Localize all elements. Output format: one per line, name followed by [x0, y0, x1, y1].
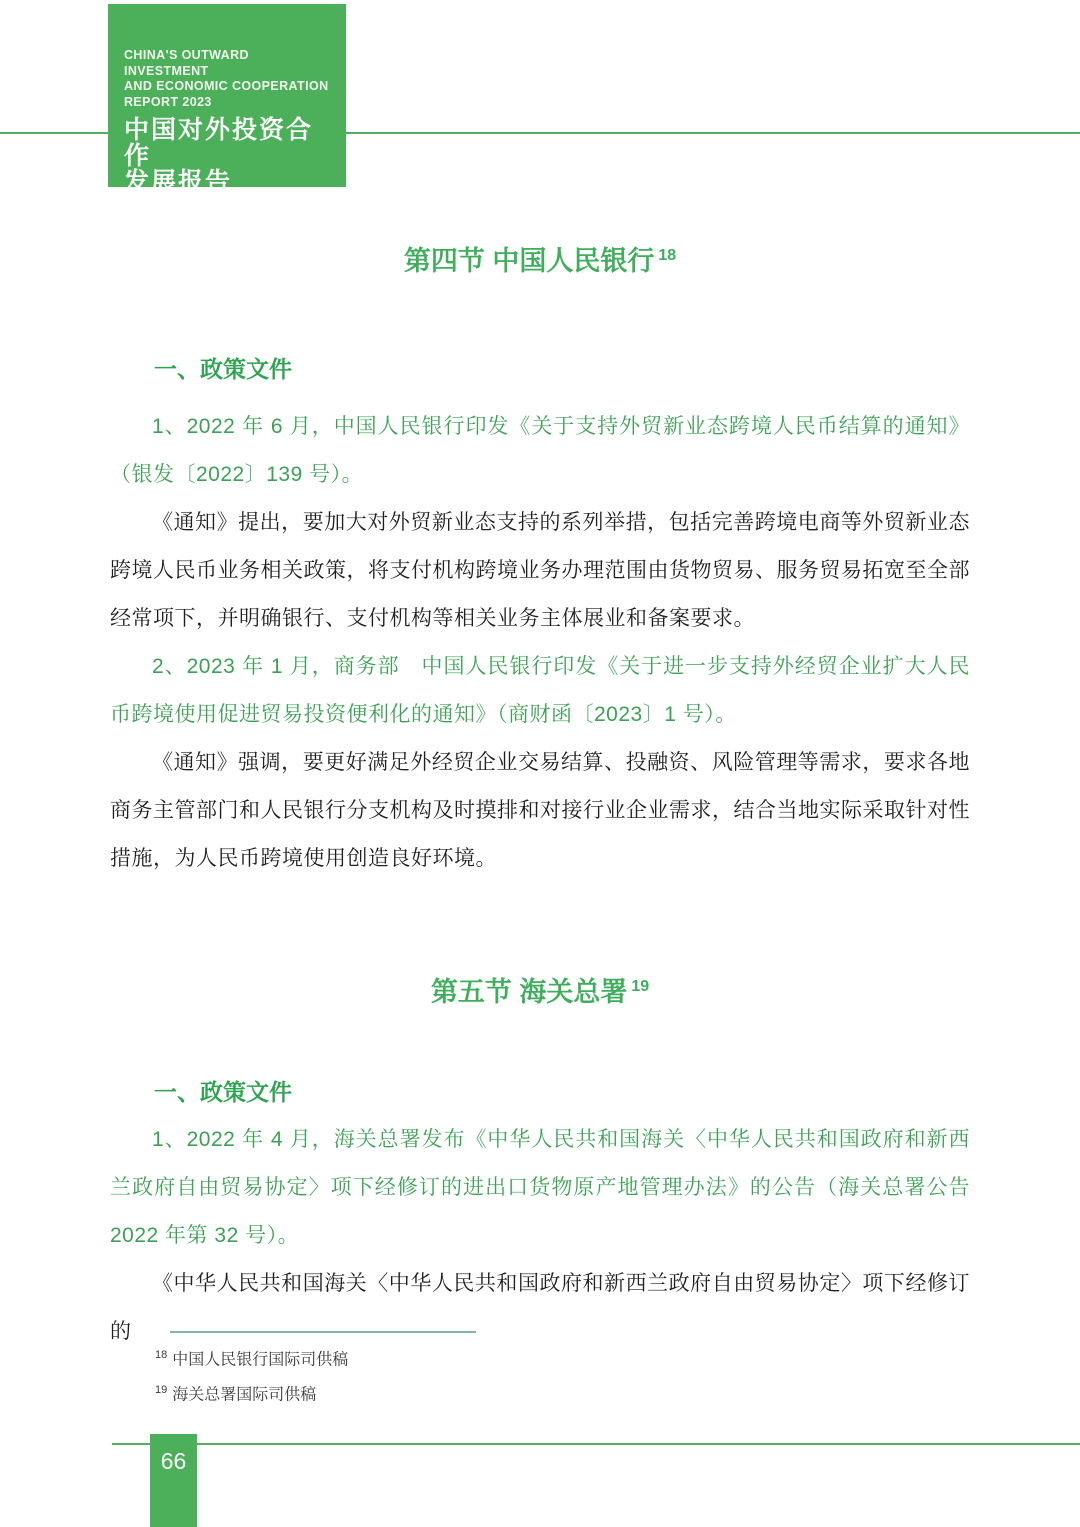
page-number-badge: 66: [150, 1434, 197, 1527]
footnote-ref-19: 19: [631, 978, 649, 995]
footnote-separator: [170, 1331, 476, 1333]
report-title-zh-line1: 中国对外投资合作: [124, 117, 336, 169]
report-year: 2023: [124, 198, 336, 230]
footnote-19-text: 海关总署国际司供稿: [172, 1386, 316, 1403]
report-title-zh-line2: 发展报告: [124, 169, 336, 195]
paragraph-notice-1: 《通知》提出，要加大对外贸新业态支持的系列举措，包括完善跨境电商等外贸新业态跨境…: [110, 499, 970, 643]
section-5-title: 第五节 海关总署19: [110, 969, 970, 1010]
paragraph-policy-3: 1、2022 年 4 月，海关总署发布《中华人民共和国海关〈中华人民共和国政府和…: [110, 1116, 970, 1260]
paragraph-notice-2: 《通知》强调，要更好满足外经贸企业交易结算、投融资、风险管理等需求，要求各地商务…: [110, 739, 970, 883]
paragraph-policy-2: 2、2023 年 1 月，商务部 中国人民银行印发《关于进一步支持外经贸企业扩大…: [110, 643, 970, 739]
footer-divider: [112, 1443, 1080, 1445]
footnote-19-number: 19: [155, 1384, 167, 1396]
header-divider-left: [0, 132, 108, 134]
section-4-title-text: 第四节 中国人民银行: [404, 246, 655, 276]
section-5-subheading: 一、政策文件: [154, 1076, 970, 1108]
paragraph-policy-1: 1、2022 年 6 月，中国人民银行印发《关于支持外贸新业态跨境人民币结算的通…: [110, 403, 970, 499]
header-divider-right: [346, 132, 1080, 134]
footnote-19: 19海关总署国际司供稿: [155, 1379, 316, 1406]
report-title-en-line2: AND ECONOMIC COOPERATION: [124, 79, 336, 95]
footnote-18-number: 18: [155, 1349, 167, 1361]
footnote-18-text: 中国人民银行国际司供稿: [172, 1351, 348, 1368]
footnote-ref-18: 18: [658, 247, 676, 264]
report-title-en-line3: REPORT 2023: [124, 95, 336, 111]
footnote-18: 18中国人民银行国际司供稿: [155, 1344, 348, 1371]
section-4-subheading: 一、政策文件: [154, 353, 970, 385]
section-5-paragraphs: 1、2022 年 4 月，海关总署发布《中华人民共和国海关〈中华人民共和国政府和…: [110, 1116, 970, 1356]
report-title-en-line1: CHINA'S OUTWARD INVESTMENT: [124, 48, 336, 79]
page-number: 66: [161, 1448, 187, 1474]
section-5-title-text: 第五节 海关总署: [431, 977, 628, 1007]
paragraph-notice-3: 《中华人民共和国海关〈中华人民共和国政府和新西兰政府自由贸易协定〉项下经修订的: [110, 1260, 970, 1356]
section-4-paragraphs: 1、2022 年 6 月，中国人民银行印发《关于支持外贸新业态跨境人民币结算的通…: [110, 403, 970, 883]
report-title-chinese: 中国对外投资合作 发展报告: [124, 117, 336, 195]
section-4-title: 第四节 中国人民银行18: [110, 238, 970, 279]
report-page: CHINA'S OUTWARD INVESTMENT AND ECONOMIC …: [0, 0, 1080, 1527]
report-title-english: CHINA'S OUTWARD INVESTMENT AND ECONOMIC …: [124, 48, 336, 110]
report-header-band: CHINA'S OUTWARD INVESTMENT AND ECONOMIC …: [108, 4, 346, 187]
